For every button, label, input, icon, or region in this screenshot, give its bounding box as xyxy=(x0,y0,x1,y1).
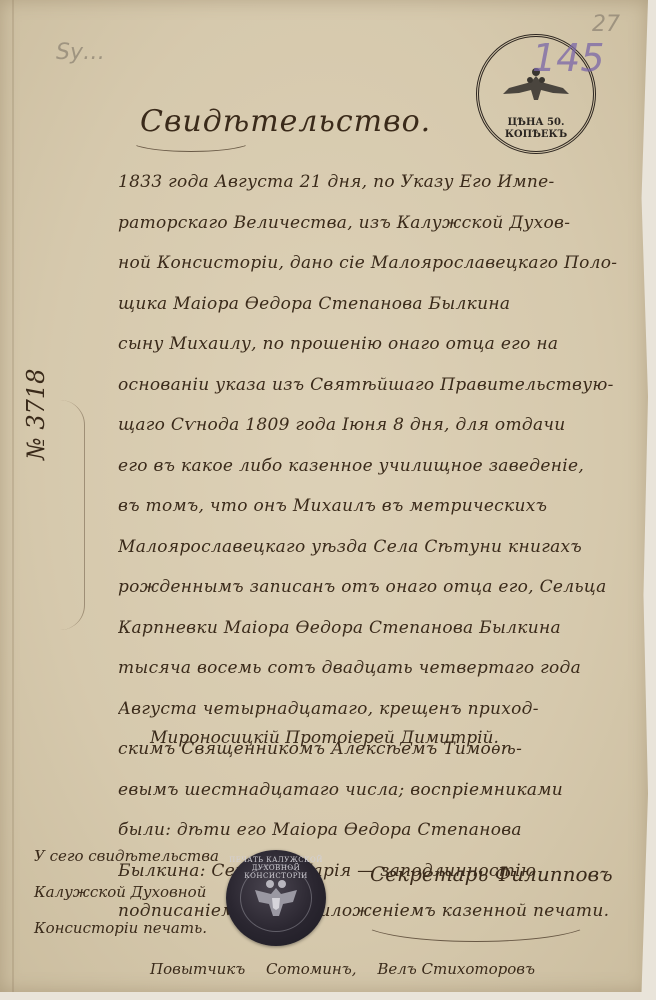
seal-note-line: Консисторіи печать. xyxy=(34,910,224,946)
bottom-signatures: Повытчикъ Сотоминъ, Велъ Стихоторовъ xyxy=(150,960,551,978)
body-line: Августа четырнадцатаго, крещенъ приход- xyxy=(118,689,646,730)
document-sheet: Sy… 27 ЦѢНА 50. КОПѢЕКЪ 145 Свидѣтельств… xyxy=(0,0,648,992)
wax-seal-inscription: ПЕЧАТЬ КАЛУЖСКОЙ ДУХОВНОЙ КОНСИСТОРІИ xyxy=(226,856,326,880)
seal-note-line: У сего свидѣтельства xyxy=(34,838,224,874)
side-flourish xyxy=(60,400,85,630)
bottom-signature-name: Сотоминъ, xyxy=(266,960,357,978)
body-line: Карпневки Маіора Ѳедора Степанова Былкин… xyxy=(118,608,646,649)
body-line: его въ какое либо казенное училищное зав… xyxy=(118,446,646,487)
seal-note-line: Калужской Духовной xyxy=(34,874,224,910)
body-line: сыну Михаилу, по прошенію онаго отца его… xyxy=(118,324,646,365)
page-number: 27 xyxy=(592,12,620,37)
secretary-signature: Секретарь Филипповъ xyxy=(370,862,613,886)
bottom-signature-clerk: Повытчикъ xyxy=(150,960,245,978)
body-line: 1833 года Августа 21 дня, по Указу Его И… xyxy=(118,162,646,203)
pencil-corner-mark: Sy… xyxy=(56,40,105,65)
side-register-number: № 3718 xyxy=(22,369,50,460)
body-line: основаніи указа изъ Святѣйшаго Правитель… xyxy=(118,365,646,406)
body-line: Малоярославецкаго уѣзда Села Сѣтуни книг… xyxy=(118,527,646,568)
signature-flourish xyxy=(360,900,592,942)
stamp-price-line1: ЦѢНА 50. xyxy=(508,117,565,129)
stamp-overmark-number: 145 xyxy=(532,36,605,80)
wax-seal: ПЕЧАТЬ КАЛУЖСКОЙ ДУХОВНОЙ КОНСИСТОРІИ xyxy=(226,850,326,946)
stamp-price-line2: КОПѢЕКЪ xyxy=(505,129,567,141)
body-line: рожденнымъ записанъ отъ онаго отца его, … xyxy=(118,567,646,608)
body-line: щаго Сѵнода 1809 года Іюня 8 дня, для от… xyxy=(118,405,646,446)
body-line: евымъ шестнадцатаго числа; воспріемникам… xyxy=(118,770,646,811)
seal-note: У сего свидѣтельства Калужской Духовной … xyxy=(34,838,224,946)
body-line: щика Маіора Ѳедора Степанова Былкина xyxy=(118,284,646,325)
document-body: 1833 года Августа 21 дня, по Указу Его И… xyxy=(118,162,646,932)
title-flourish xyxy=(130,130,252,152)
body-line: въ томъ, что онъ Михаилъ въ метрическихъ xyxy=(118,486,646,527)
body-line: тысяча восемь сотъ двадцать четвертаго г… xyxy=(118,648,646,689)
archpriest-signature: Мироносицкій Протоіерей Димитрій. xyxy=(150,728,499,748)
bottom-signature-scribe: Велъ Стихоторовъ xyxy=(377,960,535,978)
body-line: раторскаго Величества, изъ Калужской Дух… xyxy=(118,203,646,244)
fold-line xyxy=(12,0,14,992)
body-line: ной Консисторіи, дано сіе Малоярославецк… xyxy=(118,243,646,284)
